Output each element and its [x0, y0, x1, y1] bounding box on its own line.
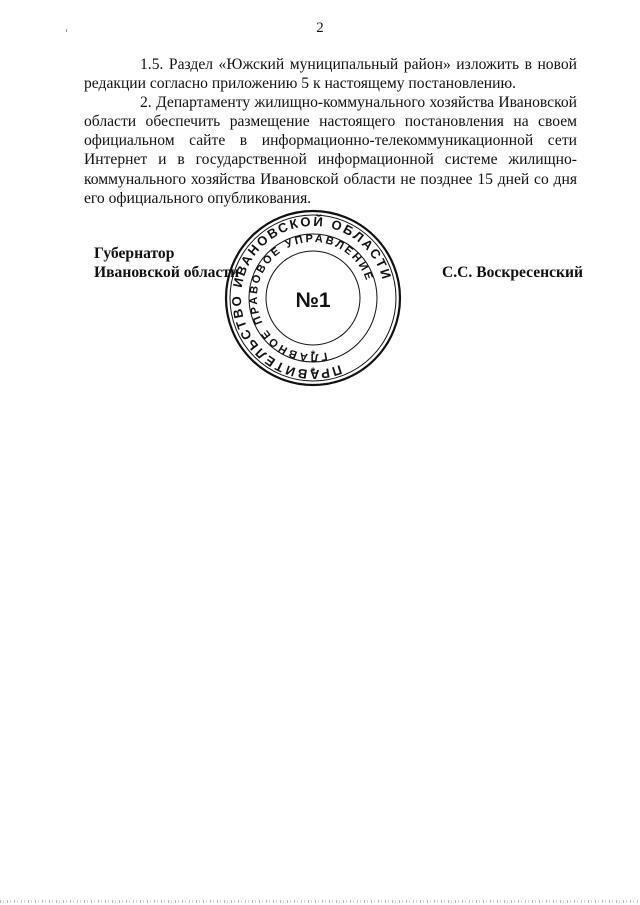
document-body: 1.5. Раздел «Южский муниципальный район»…: [84, 55, 577, 208]
signatory-title: Губернатор Ивановской области: [94, 244, 239, 282]
paragraph-2: 2. Департаменту жилищно-коммунального хо…: [84, 93, 577, 208]
official-seal-stamp: ПРАВИТЕЛЬСТВО ИВАНОВСКОЙ ОБЛАСТИ ГЛАВНОЕ…: [223, 208, 403, 388]
scan-speck: [66, 29, 67, 32]
stamp-center-number: №1: [295, 289, 330, 312]
stamp-star-inner-icon: *: [311, 349, 316, 361]
scan-artifact-line: [0, 900, 640, 903]
signatory-title-line1: Губернатор: [94, 244, 239, 263]
page-number: 2: [0, 20, 640, 37]
signatory-name: С.С. Воскресенский: [442, 263, 583, 282]
paragraph-1-5: 1.5. Раздел «Южский муниципальный район»…: [84, 55, 577, 93]
stamp-star-outer-icon: *: [311, 366, 316, 378]
signatory-title-line2: Ивановской области: [94, 263, 239, 282]
